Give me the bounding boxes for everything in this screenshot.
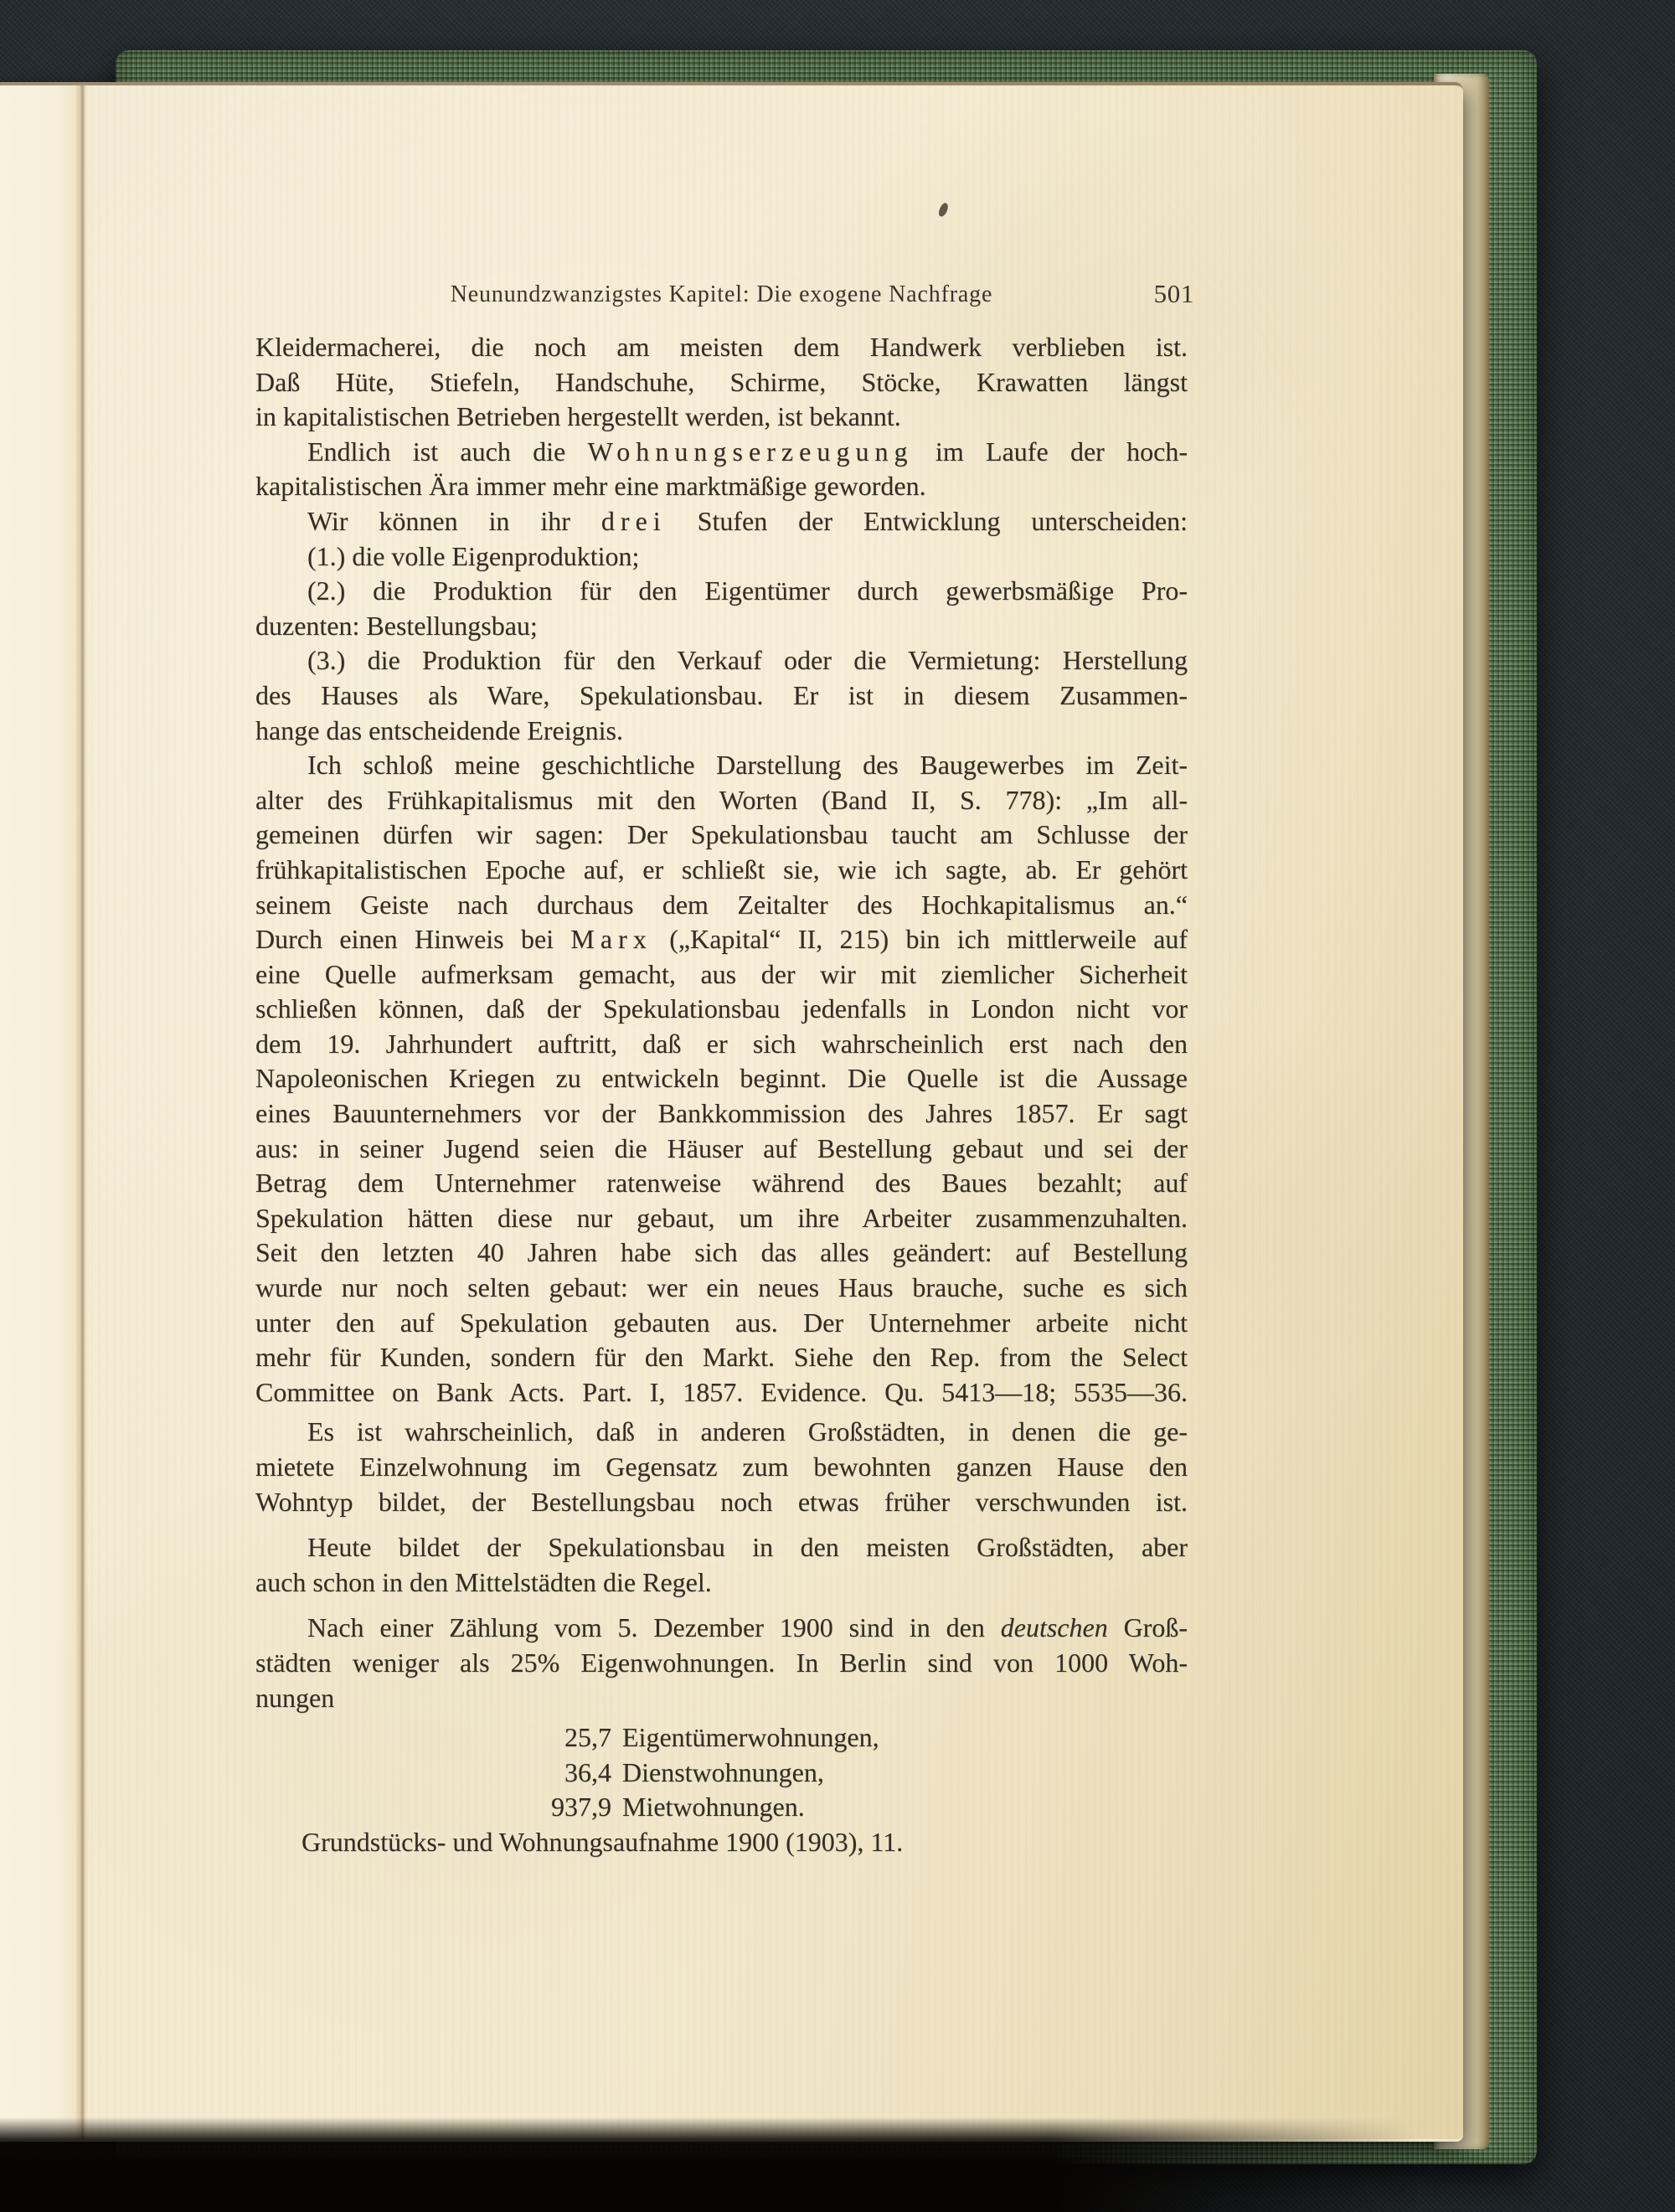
stat-label: Eigentümerwohnungen, <box>622 1720 879 1756</box>
text-segment: frühkapitalistischen Epoche auf, er schl… <box>255 854 1188 884</box>
text-segment: eines Bauunternehmers vor der Bankkommis… <box>255 1098 1188 1128</box>
text-line: (3.) die Produktion für den Verkauf oder… <box>255 643 1188 678</box>
text-line: Heute bildet der Spekulationsbau in den … <box>255 1530 1188 1565</box>
text-segment: Heute bildet der Spekulationsbau in den … <box>307 1532 1188 1562</box>
text-line: Nach einer Zählung vom 5. Dezember 1900 … <box>255 1611 1188 1646</box>
text-line: (2.) die Produktion für den Eigentümer d… <box>255 574 1188 609</box>
text-line: des Hauses als Ware, Spekulationsbau. Er… <box>255 678 1188 714</box>
text-segment: Daß Hüte, Stiefeln, Handschuhe, Schirme,… <box>255 367 1188 397</box>
text-segment: Kleidermacherei, die noch am meisten dem… <box>255 332 1188 362</box>
text-segment: Wir können in ihr <box>307 506 601 536</box>
running-head: Neunundzwanzigstes Kapitel: Die exogene … <box>255 281 1188 308</box>
text-block: Kleidermacherei, die noch am meisten dem… <box>255 330 1188 1860</box>
text-segment: seinem Geiste nach durchaus dem Zeitalte… <box>255 889 1188 920</box>
text-line: städten weniger als 25% Eigenwohnungen. … <box>255 1646 1188 1681</box>
text-line: Spekulation hätten diese nur gebaut, um … <box>255 1201 1188 1236</box>
text-segment: wurde nur noch selten gebaut: wer ein ne… <box>255 1272 1188 1302</box>
text-line: auch schon in den Mittelstädten die Rege… <box>255 1565 1188 1601</box>
text-segment: Marx <box>570 924 652 954</box>
page-number: 501 <box>1154 279 1194 309</box>
text-segment: Committee on Bank Acts. Part. I, 1857. E… <box>255 1377 1188 1407</box>
text-segment: eine Quelle aufmerksam gemacht, aus der … <box>255 959 1188 989</box>
text-segment: auch schon in den Mittelstädten die Rege… <box>255 1567 712 1597</box>
text-segment: schließen können, daß der Spekulationsba… <box>255 993 1188 1024</box>
text-line: kapitalistischen Ära immer mehr eine mar… <box>255 469 1188 504</box>
text-segment: Endlich ist auch die <box>307 436 588 467</box>
text-segment: gemeinen dürfen wir sagen: Der Spekulati… <box>255 819 1188 849</box>
text-segment: Seit den letzten 40 Jahren habe sich das… <box>255 1237 1188 1267</box>
text-segment: Grundstücks- und Wohnungsaufnahme 1900 (… <box>301 1827 903 1857</box>
text-segment: nungen <box>255 1683 334 1713</box>
text-line: dem 19. Jahrhundert auftritt, daß er sic… <box>255 1027 1188 1062</box>
text-segment: mehr für Kunden, sondern für den Markt. … <box>255 1342 1188 1372</box>
stat-label: Dienstwohnungen, <box>622 1756 824 1791</box>
text-line: aus: in seiner Jugend seien die Häuser a… <box>255 1132 1188 1167</box>
text-line: Wir können in ihr drei Stufen der Entwic… <box>255 504 1188 539</box>
text-segment: duzenten: Bestellungsbau; <box>255 611 538 641</box>
text-segment: Napoleonischen Kriegen zu entwickeln beg… <box>255 1063 1188 1093</box>
text-line: Es ist wahrscheinlich, daß in anderen Gr… <box>255 1415 1188 1450</box>
stat-label: Mietwohnungen. <box>622 1790 805 1825</box>
book-photo: Neunundzwanzigstes Kapitel: Die exogene … <box>0 0 1675 2212</box>
text-segment: hange das entscheidende Ereignis. <box>255 715 623 745</box>
text-segment: drei <box>601 506 667 536</box>
source-line: Grundstücks- und Wohnungsaufnahme 1900 (… <box>255 1825 1188 1860</box>
text-segment: (3.) die Produktion für den Verkauf oder… <box>307 645 1188 675</box>
text-segment: Nach einer Zählung vom 5. Dezember 1900 … <box>307 1612 1001 1642</box>
text-segment: des Hauses als Ware, Spekulationsbau. Er… <box>255 680 1188 710</box>
stat-line: 36,4Dienstwohnungen, <box>255 1756 1188 1791</box>
text-segment: Stufen der Entwicklung unterscheiden: <box>667 506 1188 536</box>
text-segment: Groß- <box>1108 1612 1188 1642</box>
text-segment: unter den auf Spekulation gebauten aus. … <box>255 1307 1188 1338</box>
chapter-title: Neunundzwanzigstes Kapitel: Die exogene … <box>451 281 993 307</box>
text-line: (1.) die volle Eigenproduktion; <box>255 539 1188 575</box>
text-line: eines Bauunternehmers vor der Bankkommis… <box>255 1096 1188 1132</box>
text-line: mehr für Kunden, sondern für den Markt. … <box>255 1340 1188 1375</box>
text-line: Seit den letzten 40 Jahren habe sich das… <box>255 1235 1188 1271</box>
text-segment: Es ist wahrscheinlich, daß in anderen Gr… <box>307 1416 1188 1446</box>
text-segment: mietete Einzelwohnung im Gegensatz zum b… <box>255 1451 1188 1482</box>
text-segment: kapitalistischen Ära immer mehr eine mar… <box>255 471 926 501</box>
text-line: Betrag dem Unternehmer ratenweise währen… <box>255 1166 1188 1201</box>
text-line: frühkapitalistischen Epoche auf, er schl… <box>255 853 1188 888</box>
text-segment: dem 19. Jahrhundert auftritt, daß er sic… <box>255 1029 1188 1059</box>
stat-value: 937,9 <box>532 1790 611 1825</box>
text-line: alter des Frühkapitalismus mit den Worte… <box>255 783 1188 818</box>
text-line: Kleidermacherei, die noch am meisten dem… <box>255 330 1188 365</box>
text-segment: Ich schloß meine geschichtliche Darstell… <box>307 750 1188 780</box>
text-line: Durch einen Hinweis bei Marx („Kapital“ … <box>255 922 1188 957</box>
text-line: schließen können, daß der Spekulationsba… <box>255 992 1188 1027</box>
text-segment: städten weniger als 25% Eigenwohnungen. … <box>255 1647 1188 1678</box>
text-line: Endlich ist auch die Wohnungserzeugung i… <box>255 435 1188 470</box>
text-line: hange das entscheidende Ereignis. <box>255 714 1188 749</box>
text-line: Committee on Bank Acts. Part. I, 1857. E… <box>255 1375 1188 1410</box>
text-segment: deutschen <box>1001 1612 1108 1642</box>
stat-value: 25,7 <box>532 1720 611 1756</box>
text-line: Napoleonischen Kriegen zu entwickeln beg… <box>255 1061 1188 1096</box>
text-segment: (1.) die volle Eigenproduktion; <box>307 541 639 571</box>
text-segment: Betrag dem Unternehmer ratenweise währen… <box>255 1168 1188 1198</box>
book-page: Neunundzwanzigstes Kapitel: Die exogene … <box>0 82 1463 2142</box>
text-segment: Wohntyp bildet, der Bestellungsbau noch … <box>255 1487 1188 1517</box>
text-line: nungen <box>255 1681 1188 1716</box>
text-line: Ich schloß meine geschichtliche Darstell… <box>255 748 1188 783</box>
text-segment: im Laufe der hoch- <box>914 436 1188 467</box>
text-line: eine Quelle aufmerksam gemacht, aus der … <box>255 957 1188 993</box>
text-line: seinem Geiste nach durchaus dem Zeitalte… <box>255 888 1188 923</box>
text-line: gemeinen dürfen wir sagen: Der Spekulati… <box>255 817 1188 853</box>
text-segment: Spekulation hätten diese nur gebaut, um … <box>255 1203 1188 1233</box>
text-segment: Wohnungserzeugung <box>588 436 914 467</box>
text-segment: („Kapital“ II, 215) bin ich mittlerweile… <box>652 924 1188 954</box>
text-line: Daß Hüte, Stiefeln, Handschuhe, Schirme,… <box>255 365 1188 400</box>
text-line: wurde nur noch selten gebaut: wer ein ne… <box>255 1271 1188 1306</box>
text-segment: aus: in seiner Jugend seien die Häuser a… <box>255 1133 1188 1163</box>
text-line: in kapitalistischen Betrieben hergestell… <box>255 400 1188 435</box>
text-line: Wohntyp bildet, der Bestellungsbau noch … <box>255 1485 1188 1520</box>
text-segment: (2.) die Produktion für den Eigentümer d… <box>307 575 1188 606</box>
text-segment: in kapitalistischen Betrieben hergestell… <box>255 401 901 431</box>
page-bottom-shadow <box>0 2117 1461 2212</box>
text-line: duzenten: Bestellungsbau; <box>255 609 1188 644</box>
text-segment: Durch einen Hinweis bei <box>255 924 570 954</box>
text-line: unter den auf Spekulation gebauten aus. … <box>255 1306 1188 1341</box>
text-line: mietete Einzelwohnung im Gegensatz zum b… <box>255 1450 1188 1485</box>
text-segment: alter des Frühkapitalismus mit den Worte… <box>255 785 1188 815</box>
stat-value: 36,4 <box>532 1756 611 1791</box>
stat-line: 937,9Mietwohnungen. <box>255 1790 1188 1825</box>
stat-line: 25,7Eigentümerwohnungen, <box>255 1720 1188 1756</box>
